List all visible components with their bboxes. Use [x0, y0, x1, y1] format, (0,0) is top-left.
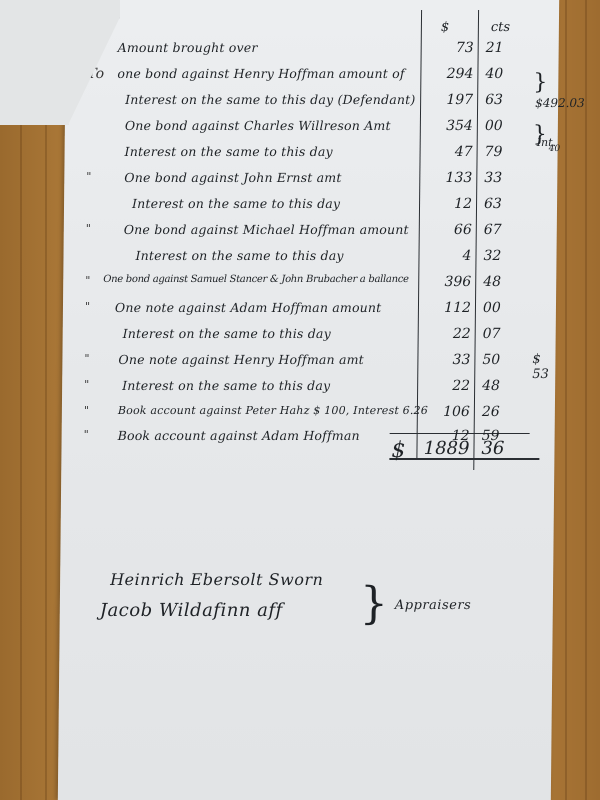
- total-cents: 36: [481, 438, 521, 459]
- entry-description: Interest on the same to this day: [125, 144, 333, 159]
- ledger-row: " Book account against Peter Hahz $ 100,…: [62, 404, 555, 428]
- ledger-row: " One bond against John Ernst amt 133 33: [64, 170, 557, 194]
- ledger-row: One bond against Charles Willreson Amt 3…: [65, 118, 558, 142]
- entry-cents: 48: [483, 274, 523, 290]
- ledger-row: " One note against Henry Hoffman amt 33 …: [62, 352, 555, 376]
- ledger-row: To one bond against Henry Hoffman amount…: [65, 66, 558, 90]
- entry-description: One bond against John Ernst amt: [124, 170, 341, 185]
- entry-description: Interest on the same to this day: [135, 248, 343, 263]
- entry-dollars: 4: [419, 248, 471, 264]
- entry-description: One bond against Michael Hoffman amount: [124, 222, 409, 237]
- entry-dollars: 112: [419, 300, 471, 316]
- ledger-sheet: $ cts Amount brought over 73 21 To one b…: [58, 0, 559, 800]
- margin-note-40: 40: [549, 144, 561, 154]
- entry-cents: 50: [482, 352, 522, 368]
- entry-cents: 33: [484, 170, 524, 186]
- cents-header: cts: [491, 20, 510, 35]
- entry-cents: 63: [485, 92, 525, 108]
- entry-dollars: 197: [421, 92, 473, 108]
- dollars-header: $: [441, 20, 449, 35]
- ledger-row: Interest on the same to this day (Defend…: [65, 92, 558, 116]
- entry-cents: 26: [482, 404, 522, 420]
- entry-dollars: 133: [420, 170, 472, 186]
- entry-dollars: 294: [421, 66, 473, 82]
- ledger-row: Interest on the same to this day 4 32: [63, 248, 556, 272]
- entry-dollars: 47: [421, 144, 473, 160]
- entry-dollars: 396: [419, 274, 471, 290]
- entry-cents: 21: [486, 40, 526, 56]
- signature-line-2: Jacob Wildafinn aff: [100, 600, 283, 621]
- entry-description: Interest on the same to this day: [122, 378, 330, 393]
- entry-dollars: 12: [420, 196, 472, 212]
- entry-cents: 63: [484, 196, 524, 212]
- entry-description: Book account against Peter Hahz $ 100, I…: [118, 404, 428, 417]
- entry-cents: 32: [483, 248, 523, 264]
- entry-dollars: 22: [418, 378, 470, 394]
- margin-note-53: $ 53: [532, 352, 555, 382]
- entry-dollars: 22: [419, 326, 471, 342]
- entry-description: one bond against Henry Hoffman amount of: [117, 66, 404, 81]
- entry-description: Interest on the same to this day: [123, 326, 331, 341]
- entry-description: Interest on the same to this day: [132, 196, 340, 211]
- ledger-row: Interest on the same to this day 22 07: [63, 326, 556, 350]
- entry-description: One bond against Samuel Stancer & John B…: [103, 274, 409, 285]
- signature-line-1: Heinrich Ebersolt Sworn: [110, 570, 323, 589]
- signature-bracket: }: [360, 578, 389, 629]
- entry-dollars: 33: [418, 352, 470, 368]
- entry-description: One note against Adam Hoffman amount: [115, 300, 382, 315]
- entry-description: Amount brought over: [118, 40, 258, 55]
- ledger-row: Interest on the same to this day 47 79: [64, 144, 557, 168]
- entry-dollars: 73: [422, 40, 474, 56]
- signature-bracket-label: Appraisers: [395, 598, 472, 613]
- margin-bracket: }: [533, 70, 547, 95]
- ledger-row: " Interest on the same to this day 22 48: [62, 378, 555, 402]
- entry-cents: 79: [485, 144, 525, 160]
- total-dollars: 1889: [417, 438, 469, 459]
- entry-description: One note against Henry Hoffman amt: [118, 352, 364, 367]
- entry-cents: 00: [485, 118, 525, 134]
- entry-cents: 40: [485, 66, 525, 82]
- ledger-total-row: $ 1889 36: [61, 438, 554, 462]
- entry-dollars: 354: [421, 118, 473, 134]
- entry-cents: 48: [482, 378, 522, 394]
- ledger-row: Interest on the same to this day 12 63: [64, 196, 557, 220]
- entry-cents: 67: [484, 222, 524, 238]
- ledger-row: " One bond against Samuel Stancer & John…: [63, 274, 556, 298]
- entry-cents: 07: [483, 326, 523, 342]
- total-dollar-sign: $: [391, 438, 405, 463]
- entry-description: Interest on the same to this day (Defend…: [125, 92, 415, 107]
- ledger-row: Amount brought over 73 21: [66, 40, 559, 64]
- entry-dollars: 106: [418, 404, 470, 420]
- ledger-row: " One note against Adam Hoffman amount 1…: [63, 300, 556, 324]
- entry-description: One bond against Charles Willreson Amt: [125, 118, 391, 133]
- entry-cents: 00: [483, 300, 523, 316]
- ledger-row: " One bond against Michael Hoffman amoun…: [64, 222, 557, 246]
- entry-dollars: 66: [420, 222, 472, 238]
- margin-note-sum: $492.03: [535, 96, 585, 110]
